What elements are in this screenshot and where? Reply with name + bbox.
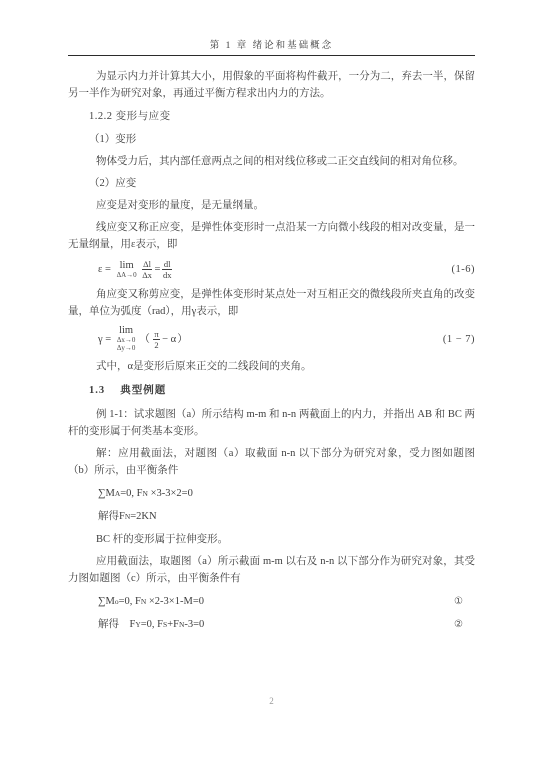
section-heading-1-3: 1.3 典型例题 <box>68 382 475 399</box>
page-header: 第 1 章 绪论和基础概念 <box>0 0 543 51</box>
equation-1-6-label: (1-6) <box>452 261 476 278</box>
paragraph-strain-def: 应变是对变形的量度，是无量纲量。 <box>68 197 475 214</box>
equation-tag-1: ① <box>454 593 463 610</box>
equation-1-7-body: γ = lim Δx→0 Δy→0 （ π 2 − α ） <box>98 326 189 352</box>
eq17-close-paren: ） <box>177 331 188 348</box>
paragraph-alpha-note: 式中，α是变形后原来正交的二线段间的夹角。 <box>68 358 475 375</box>
subheading-deformation: （1）变形 <box>68 131 475 148</box>
equation-solve-fn-body: 解得FN=2KN <box>98 508 157 525</box>
equation-1-7-label: (1 − 7) <box>443 331 475 348</box>
equation-1-6: ε = lim ΔA→0 Δl Δx = dl dx (1-6) <box>98 259 475 280</box>
equation-solve-fy-fs-body: 解得 FY=0, FS+FN-3=0 <box>98 616 204 633</box>
eq16-limit: lim ΔA→0 <box>117 261 137 279</box>
eq16-equals: = <box>154 261 160 278</box>
paragraph-deformation-def: 物体受力后，其内部任意两点之间的相对线位移或二正交直线间的相对角位移。 <box>68 153 475 170</box>
equation-solve-fn: 解得FN=2KN <box>98 508 475 525</box>
eq16-lhs: ε = <box>98 261 114 278</box>
paragraph-bc-tension: BC 杆的变形属于拉伸变形。 <box>68 531 475 548</box>
paragraph-example-1-1: 例 1-1：试求题图（a）所示结构 m-m 和 n-n 两截面上的内力，并指出 … <box>68 406 475 440</box>
paragraph-section-method: 为显示内力并计算其大小，用假象的平面将构件截开，一分为二，弃去一半，保留另一半作… <box>68 68 475 102</box>
section-heading-1-2-2: 1.2.2 变形与应变 <box>68 108 475 125</box>
equation-1-7: γ = lim Δx→0 Δy→0 （ π 2 − α ） (1 − 7) <box>98 326 475 352</box>
document-page: 第 1 章 绪论和基础概念 为显示内力并计算其大小，用假象的平面将构件截开，一分… <box>0 0 543 768</box>
eq17-fraction-pi-2: π 2 <box>153 329 160 350</box>
paragraph-solution-step2: 应用截面法，取题图（a）所示截面 m-m 以右及 n-n 以下部分作为研究对象，… <box>68 553 475 587</box>
paragraph-linear-strain: 线应变又称正应变，是弹性体变形时一点沿某一方向微小线段的相对改变量，是一无量纲量… <box>68 219 475 253</box>
eq16-fraction-d: dl dx <box>162 259 172 280</box>
eq17-lhs: γ = <box>98 331 114 348</box>
equation-sum-mo: ∑Mo=0, FN ×2-3×1-M=0 ① <box>98 593 475 610</box>
equation-sum-ma: ∑MA=0, FN ×3-3×2=0 <box>98 485 475 502</box>
page-number: 2 <box>0 696 543 706</box>
equation-sum-ma-body: ∑MA=0, FN ×3-3×2=0 <box>98 485 193 502</box>
eq17-limit: lim Δx→0 Δy→0 <box>117 326 136 352</box>
document-body: 为显示内力并计算其大小，用假象的平面将构件截开，一分为二，弃去一半，保留另一半作… <box>0 56 543 633</box>
equation-sum-mo-body: ∑Mo=0, FN ×2-3×1-M=0 <box>98 593 204 610</box>
equation-solve-fy-fs: 解得 FY=0, FS+FN-3=0 ② <box>98 616 475 633</box>
eq16-fraction-delta: Δl Δx <box>142 259 153 280</box>
eq17-open-paren: （ <box>139 331 150 348</box>
paragraph-shear-strain: 角应变又称剪应变，是弹性体变形时某点处一对互相正交的微线段所夹直角的改变量，单位… <box>68 286 475 320</box>
equation-tag-2: ② <box>454 616 463 633</box>
paragraph-solution-step1: 解：应用截面法，对题图（a）取截面 n-n 以下部分为研究对象，受力图如题图（b… <box>68 445 475 479</box>
equation-1-6-body: ε = lim ΔA→0 Δl Δx = dl dx <box>98 259 174 280</box>
eq17-minus-alpha: − α <box>162 331 176 348</box>
subheading-strain: （2）应变 <box>68 175 475 192</box>
header-title: 第 1 章 绪论和基础概念 <box>210 41 333 51</box>
